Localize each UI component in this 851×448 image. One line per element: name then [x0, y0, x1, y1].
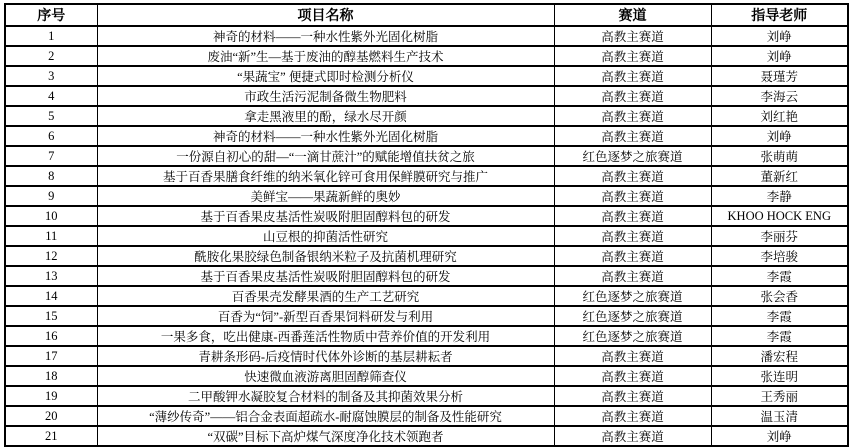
track-cell: 红色逐梦之旅赛道	[554, 286, 711, 306]
track-cell: 高教主赛道	[554, 226, 711, 246]
project-name-cell: 废油“新”生—基于废油的醇基燃料生产技术	[97, 46, 554, 66]
teacher-cell: 李霞	[711, 306, 848, 326]
table-row: 17青耕条形码-后疫情时代体外诊断的基层耕耘者高教主赛道潘宏程	[5, 346, 848, 366]
track-cell: 高教主赛道	[554, 266, 711, 286]
table-row: 7一份源自初心的甜—“一滴甘蔗汁”的赋能增值扶贫之旅红色逐梦之旅赛道张萌萌	[5, 146, 848, 166]
header-row: 序号 项目名称 赛道 指导老师	[5, 4, 848, 26]
project-name-cell: “果蔬宝” 便捷式即时检测分析仪	[97, 66, 554, 86]
teacher-cell: 李霞	[711, 326, 848, 346]
teacher-cell: 董新红	[711, 166, 848, 186]
row-number-cell: 15	[5, 306, 97, 326]
track-cell: 红色逐梦之旅赛道	[554, 306, 711, 326]
teacher-cell: 刘红艳	[711, 106, 848, 126]
header-teacher: 指导老师	[711, 4, 848, 26]
table-row: 3“果蔬宝” 便捷式即时检测分析仪高教主赛道聂瑾芳	[5, 66, 848, 86]
project-name-cell: 基于百香果膳食纤维的纳米氧化锌可食用保鲜膜研究与推广	[97, 166, 554, 186]
project-name-cell: 青耕条形码-后疫情时代体外诊断的基层耕耘者	[97, 346, 554, 366]
track-cell: 高教主赛道	[554, 206, 711, 226]
track-cell: 高教主赛道	[554, 246, 711, 266]
table-row: 16一果多食，吃出健康-西番莲活性物质中营养价值的开发利用红色逐梦之旅赛道李霞	[5, 326, 848, 346]
project-name-cell: 美鲜宝——果蔬新鲜的奥妙	[97, 186, 554, 206]
table-row: 19二甲酸钾水凝胶复合材料的制备及其抑菌效果分析高教主赛道王秀丽	[5, 386, 848, 406]
table-row: 12酰胺化果胶绿色制备银纳米粒子及抗菌机理研究高教主赛道李培骏	[5, 246, 848, 266]
project-name-cell: 百香果壳发酵果酒的生产工艺研究	[97, 286, 554, 306]
project-name-cell: 基于百香果皮基活性炭吸附胆固醇料包的研发	[97, 266, 554, 286]
teacher-cell: KHOO HOCK ENG	[711, 206, 848, 226]
track-cell: 红色逐梦之旅赛道	[554, 146, 711, 166]
row-number-cell: 21	[5, 426, 97, 446]
project-name-cell: 百香为“饲”-新型百香果饲料研发与利用	[97, 306, 554, 326]
track-cell: 高教主赛道	[554, 346, 711, 366]
row-number-cell: 12	[5, 246, 97, 266]
project-name-cell: 神奇的材料——一种水性紫外光固化树脂	[97, 26, 554, 46]
project-name-cell: 一份源自初心的甜—“一滴甘蔗汁”的赋能增值扶贫之旅	[97, 146, 554, 166]
project-name-cell: 二甲酸钾水凝胶复合材料的制备及其抑菌效果分析	[97, 386, 554, 406]
row-number-cell: 8	[5, 166, 97, 186]
project-name-cell: 市政生活污泥制备微生物肥料	[97, 86, 554, 106]
track-cell: 高教主赛道	[554, 186, 711, 206]
table-row: 20“薄纱传奇”——铝合金表面超疏水-耐腐蚀膜层的制备及性能研究高教主赛道温玉清	[5, 406, 848, 426]
row-number-cell: 4	[5, 86, 97, 106]
project-name-cell: 拿走黑液里的酚，绿水尽开颜	[97, 106, 554, 126]
table-row: 8基于百香果膳食纤维的纳米氧化锌可食用保鲜膜研究与推广高教主赛道董新红	[5, 166, 848, 186]
teacher-cell: 张萌萌	[711, 146, 848, 166]
project-name-cell: 酰胺化果胶绿色制备银纳米粒子及抗菌机理研究	[97, 246, 554, 266]
teacher-cell: 李静	[711, 186, 848, 206]
row-number-cell: 16	[5, 326, 97, 346]
project-name-cell: 快速微血液游离胆固醇筛查仪	[97, 366, 554, 386]
table-row: 6神奇的材料——一种水性紫外光固化树脂高教主赛道刘峥	[5, 126, 848, 146]
row-number-cell: 3	[5, 66, 97, 86]
table-row: 10基于百香果皮基活性炭吸附胆固醇料包的研发高教主赛道KHOO HOCK ENG	[5, 206, 848, 226]
row-number-cell: 19	[5, 386, 97, 406]
table-row: 14百香果壳发酵果酒的生产工艺研究红色逐梦之旅赛道张会香	[5, 286, 848, 306]
row-number-cell: 18	[5, 366, 97, 386]
teacher-cell: 李培骏	[711, 246, 848, 266]
project-name-cell: “双碳”目标下高炉煤气深度净化技术领跑者	[97, 426, 554, 446]
track-cell: 高教主赛道	[554, 426, 711, 446]
table-row: 15百香为“饲”-新型百香果饲料研发与利用红色逐梦之旅赛道李霞	[5, 306, 848, 326]
teacher-cell: 刘峥	[711, 26, 848, 46]
project-name-cell: 基于百香果皮基活性炭吸附胆固醇料包的研发	[97, 206, 554, 226]
table-row: 5拿走黑液里的酚，绿水尽开颜高教主赛道刘红艳	[5, 106, 848, 126]
track-cell: 红色逐梦之旅赛道	[554, 326, 711, 346]
teacher-cell: 李霞	[711, 266, 848, 286]
table-row: 2废油“新”生—基于废油的醇基燃料生产技术高教主赛道刘峥	[5, 46, 848, 66]
row-number-cell: 17	[5, 346, 97, 366]
track-cell: 高教主赛道	[554, 26, 711, 46]
table-row: 4市政生活污泥制备微生物肥料高教主赛道李海云	[5, 86, 848, 106]
track-cell: 高教主赛道	[554, 86, 711, 106]
header-track: 赛道	[554, 4, 711, 26]
row-number-cell: 6	[5, 126, 97, 146]
project-name-cell: “薄纱传奇”——铝合金表面超疏水-耐腐蚀膜层的制备及性能研究	[97, 406, 554, 426]
page: 序号 项目名称 赛道 指导老师 1神奇的材料——一种水性紫外光固化树脂高教主赛道…	[0, 0, 851, 448]
row-number-cell: 7	[5, 146, 97, 166]
teacher-cell: 刘峥	[711, 46, 848, 66]
track-cell: 高教主赛道	[554, 386, 711, 406]
table-row: 21“双碳”目标下高炉煤气深度净化技术领跑者高教主赛道刘峥	[5, 426, 848, 446]
row-number-cell: 9	[5, 186, 97, 206]
teacher-cell: 聂瑾芳	[711, 66, 848, 86]
row-number-cell: 1	[5, 26, 97, 46]
table-row: 1神奇的材料——一种水性紫外光固化树脂高教主赛道刘峥	[5, 26, 848, 46]
table-row: 18快速微血液游离胆固醇筛查仪高教主赛道张连明	[5, 366, 848, 386]
project-name-cell: 神奇的材料——一种水性紫外光固化树脂	[97, 126, 554, 146]
project-name-cell: 山豆根的抑菌活性研究	[97, 226, 554, 246]
teacher-cell: 李海云	[711, 86, 848, 106]
table-row: 11山豆根的抑菌活性研究高教主赛道李丽芬	[5, 226, 848, 246]
header-project: 项目名称	[97, 4, 554, 26]
table-row: 13基于百香果皮基活性炭吸附胆固醇料包的研发高教主赛道李霞	[5, 266, 848, 286]
row-number-cell: 20	[5, 406, 97, 426]
teacher-cell: 温玉清	[711, 406, 848, 426]
track-cell: 高教主赛道	[554, 406, 711, 426]
row-number-cell: 10	[5, 206, 97, 226]
table-row: 9美鲜宝——果蔬新鲜的奥妙高教主赛道李静	[5, 186, 848, 206]
track-cell: 高教主赛道	[554, 166, 711, 186]
row-number-cell: 13	[5, 266, 97, 286]
track-cell: 高教主赛道	[554, 66, 711, 86]
teacher-cell: 李丽芬	[711, 226, 848, 246]
row-number-cell: 14	[5, 286, 97, 306]
row-number-cell: 5	[5, 106, 97, 126]
track-cell: 高教主赛道	[554, 106, 711, 126]
teacher-cell: 张会香	[711, 286, 848, 306]
track-cell: 高教主赛道	[554, 46, 711, 66]
teacher-cell: 张连明	[711, 366, 848, 386]
teacher-cell: 刘峥	[711, 426, 848, 446]
row-number-cell: 2	[5, 46, 97, 66]
teacher-cell: 潘宏程	[711, 346, 848, 366]
project-name-cell: 一果多食，吃出健康-西番莲活性物质中营养价值的开发利用	[97, 326, 554, 346]
header-no: 序号	[5, 4, 97, 26]
projects-table: 序号 项目名称 赛道 指导老师 1神奇的材料——一种水性紫外光固化树脂高教主赛道…	[4, 3, 849, 447]
track-cell: 高教主赛道	[554, 366, 711, 386]
teacher-cell: 刘峥	[711, 126, 848, 146]
track-cell: 高教主赛道	[554, 126, 711, 146]
row-number-cell: 11	[5, 226, 97, 246]
teacher-cell: 王秀丽	[711, 386, 848, 406]
